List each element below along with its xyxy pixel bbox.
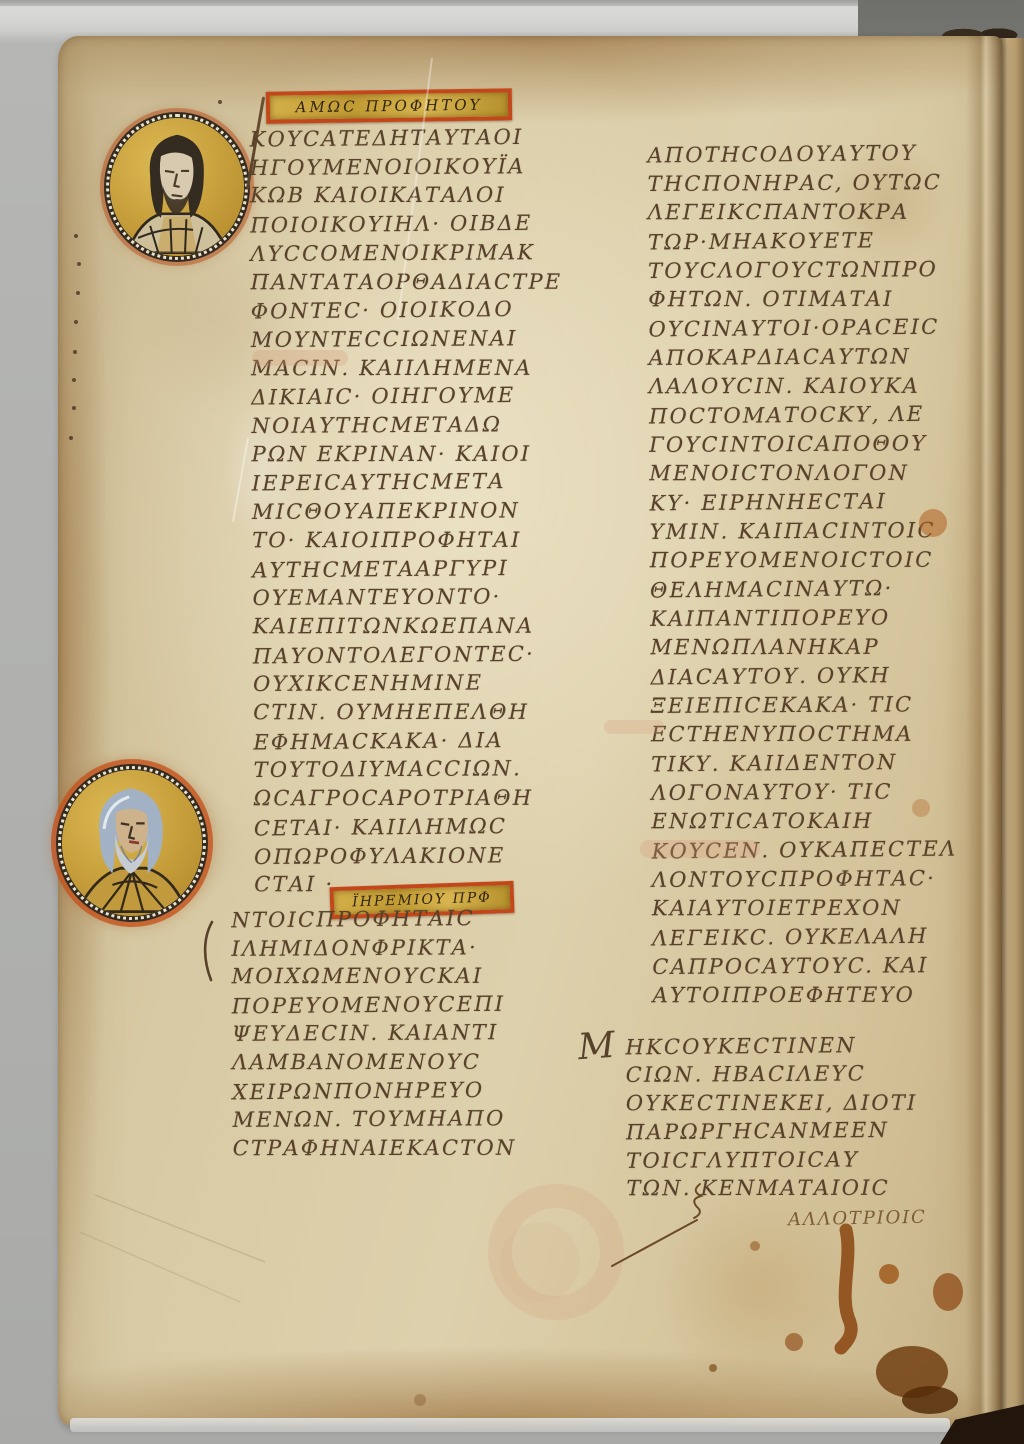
text-column-right-lower: ΗΚCΟΥΚΕCΤΙΝΕΝCΙΩΝ. ΗΒΑCΙΛΕΥCΟΥΚΕCΤΙΝΕΚΕΙ… (625, 1031, 918, 1203)
manuscript-text-line: ΠΑΥΟΝΤΟΛΕΓΟΝΤΕC· (253, 639, 565, 671)
manuscript-text-line: ΛΟΝΤΟΥCΠΡΟΦΗΤΑC· (652, 864, 958, 895)
manuscript-text-line: ΤΩΡ·ΜΗΑΚΟΥΕΤΕ (648, 226, 954, 258)
manuscript-text-line: ΡΩΝ ΕΚΡΙΝΑΝ· ΚΑΙΟΙ (252, 439, 564, 468)
manuscript-text-line: ΤΟΙCΓΛΥΠΤΟΙCΑΥ (626, 1145, 918, 1175)
manuscript-text-line: ΠΟΡΕΥΟΜΕΝΟΥCΕΠΙ (232, 989, 516, 1020)
manuscript-text-line: CΑΠΡΟCΑΥΤΟΥC. ΚΑΙ (652, 951, 958, 982)
hanging-word-allotriois: ΑΛΛΟΤΡΙΟΙC (788, 1207, 927, 1230)
manuscript-text-line: ΑΥΤΟΙΠΡΟΕΦΗΤΕΥΟ (653, 981, 959, 1011)
manuscript-text-line: ΚΑΙΕΠΙΤΩΝΚΩΕΠΑΝΑ (253, 612, 565, 641)
manuscript-text-line: ΛΟΓΟΝΑΥΤΟΥ· ΤΙC (651, 777, 957, 808)
manuscript-text-line: ΚΟΥCΕΝ. ΟΥΚΑΠΕCΤΕΛ (652, 835, 958, 867)
manuscript-text-line: ΤΩΝ. ΚΕΝΜΑΤΑΙΟΙC (626, 1174, 918, 1203)
manuscript-text-line: ΕΝΩΤΙCΑΤΟΚΑΙΗ (651, 807, 957, 837)
manuscript-text-line: ΜΟΙΧΩΜΕΝΟΥCΚΑΙ (232, 962, 516, 991)
manuscript-text-line: ΛΥCCΟΜΕΝΟΙΚΡΙΜΑΚ (250, 238, 562, 269)
manuscript-text-line: ΛΑΛΟΥCΙΝ. ΚΑΙΟΥΚΑ (649, 372, 955, 402)
manuscript-text-line: ΧΕΙΡΩΝΠΟΝΗΡΕΥΟ (232, 1075, 516, 1106)
text-column-left-upper: ΚΟΥCΑΤΕΔΗΤΑΥΤΑΟΙΗΓΟΥΜΕΝΟΙΟΙΚΟΥΪΑΚΩΒ ΚΑΙΟ… (250, 123, 566, 900)
title-banner-amos: ΑΜΩC ΠΡΟΦΗΤΟΥ (266, 88, 512, 123)
manuscript-text-line: ΕCΤΗΕΝΥΠΟCΤΗΜΑ (651, 720, 957, 750)
manuscript-text-line: ΟΥΚΕCΤΙΝΕΚΕΙ, ΔΙΟΤΙ (626, 1089, 918, 1118)
manuscript-text-line: ΚΩΒ ΚΑΙΟΙΚΑΤΑΛΟΙ (250, 181, 562, 210)
manuscript-text-line: CΤΡΑΦΗΝΑΙΕΚΑCΤΟΝ (233, 1134, 517, 1163)
text-column-left-lower: ΝΤΟΙCΠΡΟΦΗΤΑΙCΙΛΗΜΙΔΟΝΦΡΙΚΤΑ·ΜΟΙΧΩΜΕΝΟΥC… (231, 904, 516, 1163)
manuscript-text-line: ΦΟΝΤΕC· ΟΙΟΙΚΟΔΟ (251, 295, 563, 327)
photograph-background: ΑΜΩC ΠΡΟΦΗΤΟΥ ΪΗΡΕΜΙΟΥ ΠΡΦ ΚΟΥCΑΤΕΔΗΤΑΥΤ… (0, 0, 1024, 1444)
manuscript-text-line: ΗΚCΟΥΚΕCΤΙΝΕΝ (625, 1031, 917, 1062)
manuscript-text-line: ΘΕΛΗΜΑCΙΝΑΥΤΩ· (650, 574, 956, 606)
manuscript-text-line: ΞΕΙΕΠΙCΕΚΑΚΑ· ΤΙC (651, 690, 957, 721)
manuscript-text-line: ΛΕΓΕΙΚCΠΑΝΤΟΚΡΑ (648, 198, 954, 228)
banner-amos-label: ΑΜΩC ΠΡΟΦΗΤΟΥ (295, 96, 482, 117)
manuscript-text-line: CΙΩΝ. ΗΒΑCΙΛΕΥC (626, 1060, 918, 1090)
manuscript-text-line: ΜΕΝΩΝ. ΤΟΥΜΗΑΠΟ (232, 1104, 516, 1134)
manuscript-text-line: ΥΜΙΝ. ΚΑΙΠΑCΙΝΤΟΙC (650, 516, 956, 547)
manuscript-text-line: ΚΑΙΑΥΤΟΙΕΤΡΕΧΟΝ (652, 894, 958, 924)
manuscript-text-line: CΤΙΝ. ΟΥΜΗΕΠΕΛΘΗ (253, 698, 565, 727)
manuscript-text-line: ΑΠΟΚΑΡΔΙΑCΑΥΤΩΝ (649, 342, 955, 373)
prophet-bust-dark-hair (110, 118, 244, 256)
manuscript-text-line: ΤΙΚΥ. ΚΑΙΙΔΕΝΤΟΝ (651, 748, 957, 780)
manuscript-text-line: ΔΙΚΙΑΙC· ΟΙΗΓΟΥΜΕ (251, 381, 563, 413)
manuscript-text-line: ΗΓΟΥΜΕΝΟΙΟΙΚΟΥΪΑ (250, 152, 562, 183)
wormhole (72, 406, 76, 410)
manuscript-text-line: ΚΟΥCΑΤΕΔΗΤΑΥΤΑΟΙ (250, 123, 562, 155)
manuscript-text-line: ΝΤΟΙCΠΡΟΦΗΤΑΙC (231, 904, 515, 935)
manuscript-text-line: ΜΕΝΩΠΛΑΝΗΚΑΡ (650, 633, 956, 663)
manuscript-text-line: ΤΟΥCΛΟΓΟΥCΤΩΝΠΡΟ (648, 255, 954, 286)
manuscript-text-line: ΠΟΙΟΙΚΟΥΙΗΛ· ΟΙΒΔΕ (250, 209, 562, 241)
wormhole (76, 291, 80, 295)
paper-backing-strip (0, 6, 880, 32)
wormhole (74, 320, 78, 324)
prophet-portrait-medallion-top (110, 118, 244, 256)
manuscript-text-line: ΛΑΜΒΑΝΟΜΕΝΟΥC (232, 1048, 516, 1077)
manuscript-text-line: CΤΑΙ · (254, 870, 566, 899)
manuscript-text-line: ΟΥΕΜΑΝΤΕΥΟΝΤΟ· (252, 582, 564, 613)
wormhole (73, 350, 77, 354)
manuscript-text-line: ΠΑΝΤΑΤΑΟΡΘΑΔΙΑCΤΡΕ (251, 267, 563, 296)
manuscript-text-line: ΜΑCΙΝ. ΚΑΙΙΛΗΜΕΝΑ (251, 353, 563, 382)
manuscript-text-line: ΩCΑΓΡΟCΑΡΟΤΡΙΑΘΗ (254, 784, 566, 813)
manuscript-text-line: ΟΠΩΡΟΦΥΛΑΚΙΟΝΕ (254, 841, 566, 872)
manuscript-text-line: ΜΕΝΟΙCΤΟΝΛΟΓΟΝ (649, 459, 955, 489)
manuscript-text-line: ΙΕΡΕΙCΑΥΤΗCΜΕΤΑ (252, 467, 564, 499)
wormhole (74, 234, 78, 238)
wormhole (218, 100, 222, 104)
manuscript-text-line: ΚΥ· ΕΙΡΗΝΗΕCΤΑΙ (649, 487, 955, 519)
manuscript-text-line: ΝΟΙΑΥΤΗCΜΕΤΑΔΩ (251, 410, 563, 441)
manuscript-text-line: ΕΦΗΜΑCΚΑΚΑ· ΔΙΑ (253, 725, 565, 757)
wormhole (69, 436, 73, 440)
text-column-right-upper: ΑΠΟΤΗCΟΔΟΥΑΥΤΟΥΤΗCΠΟΝΗΡΑC, ΟΥΤΩCΛΕΓΕΙΚCΠ… (647, 139, 958, 1011)
wormhole (77, 262, 81, 266)
wormhole (72, 378, 76, 382)
manuscript-text-line: ΦΗΤΩΝ. ΟΤΙΜΑΤΑΙ (648, 285, 954, 315)
manuscript-text-line: ΤΟΥΤΟΔΙΥΜΑCCΙΩΝ. (253, 755, 565, 786)
manuscript-text-line: ΚΑΙΠΑΝΤΙΠΟΡΕΥΟ (650, 603, 956, 634)
prophet-portrait-medallion-bottom (62, 770, 202, 916)
manuscript-text-line: ΠΟΡΕΥΟΜΕΝΟΙCΤΟΙC (650, 546, 956, 576)
prophet-bust-grey-hair (62, 770, 202, 916)
manuscript-text-line: ΜΟΥΝΤΕCCΙΩΝΕΝΑΙ (251, 324, 563, 355)
manuscript-text-line: ΑΠΟΤΗCΟΔΟΥΑΥΤΟΥ (647, 139, 953, 171)
manuscript-text-line: ΠΑΡΩΡΓΗCΑΝΜΕΕΝ (626, 1116, 918, 1147)
manuscript-text-line: ΠΟCΤΟΜΑΤΟCΚΥ, ΛΕ (649, 400, 955, 432)
manuscript-text-line: ΜΙCΘΟΥΑΠΕΚΡΙΝΟΝ (252, 496, 564, 527)
manuscript-text-line: ΟΥCΙΝΑΥΤΟΙ·ΟΡΑCΕΙC (648, 313, 954, 345)
manuscript-text-line: ΔΙΑCΑΥΤΟΥ. ΟΥΚΗ (650, 661, 956, 693)
manuscript-text-line: ΛΕΓΕΙΚC. ΟΥΚΕΛΑΛΗ (652, 922, 958, 954)
manuscript-text-line: CΕΤΑΙ· ΚΑΙΙΛΗΜΩC (254, 811, 566, 843)
paper-backing-bottom (70, 1418, 950, 1432)
manuscript-text-line: ΙΛΗΜΙΔΟΝΦΡΙΚΤΑ· (231, 933, 515, 963)
manuscript-text-line: ΟΥΧΙΚCΕΝΗΜΙΝΕ (253, 668, 565, 699)
marginal-initial-mu: Μ (577, 1025, 617, 1068)
manuscript-text-line: ΤΟ· ΚΑΙΟΙΠΡΟΦΗΤΑΙ (252, 526, 564, 555)
manuscript-text-line: ΨΕΥΔΕCΙΝ. ΚΑΙΑΝΤΙ (232, 1019, 516, 1049)
page-gutter-fold (966, 36, 1002, 1426)
manuscript-text-line: ΓΟΥCΙΝΤΟΙCΑΠΟΘΟΥ (649, 429, 955, 460)
manuscript-text-line: ΑΥΤΗCΜΕΤΑΑΡΓΥΡΙ (252, 553, 564, 585)
manuscript-text-line: ΤΗCΠΟΝΗΡΑC, ΟΥΤΩC (648, 168, 954, 199)
